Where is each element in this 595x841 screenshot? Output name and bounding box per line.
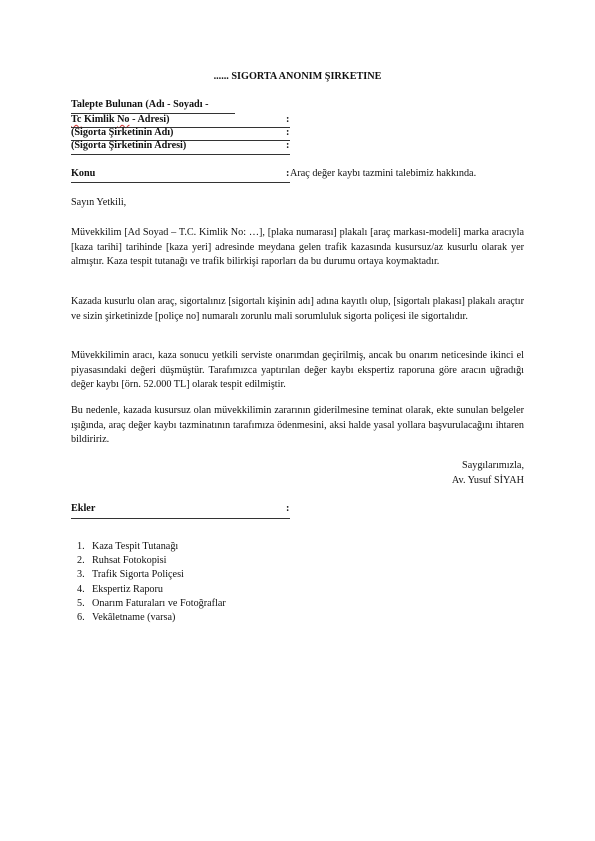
paragraph-4: Bu nedenle, kazada kusursuz olan müvekki… (71, 404, 524, 448)
divider (71, 154, 290, 155)
list-item: 2.Ruhsat Fotokopisi (77, 554, 226, 568)
list-item: 4.Ekspertiz Raporu (77, 583, 226, 597)
subject-value: Araç değer kaybı tazmini talebimiz hakkı… (290, 168, 476, 180)
subject-label: Konu (71, 168, 95, 180)
insurer-address-label: (Sigorta Şirketinin Adresi) (71, 140, 186, 152)
separator-colon: : (286, 168, 289, 180)
spellcheck-word: Tc (71, 114, 81, 125)
spellcheck-word: No (117, 114, 129, 125)
insurer-name-label: (Sigorta Şirketinin Adı) (71, 127, 173, 139)
requester-label-line1: Talepte Bulunan (Adı - Soyadı - (71, 99, 208, 111)
list-item: 1.Kaza Tespit Tutanağı (77, 540, 226, 554)
separator-colon: : (286, 503, 289, 515)
list-item: 6.Vekâletname (varsa) (77, 611, 226, 625)
paragraph-2: Kazada kusurlu olan araç, sigortalınız [… (71, 295, 524, 324)
list-item: 3.Trafik Sigorta Poliçesi (77, 568, 226, 582)
separator-colon: : (286, 114, 289, 126)
attachments-list: 1.Kaza Tespit Tutanağı 2.Ruhsat Fotokopi… (77, 540, 226, 625)
paragraph-1: Müvekkilim [Ad Soyad – T.C. Kimlik No: …… (71, 226, 524, 270)
divider (71, 518, 290, 519)
attachments-label: Ekler (71, 503, 95, 515)
paragraph-3: Müvekkilimin aracı, kaza sonucu yetkili … (71, 349, 524, 393)
separator-colon: : (286, 140, 289, 152)
list-item: 5.Onarım Faturaları ve Fotoğraflar (77, 597, 226, 611)
signer-name: Av. Yusuf SİYAH (452, 474, 524, 489)
salutation: Sayın Yetkili, (71, 196, 524, 211)
separator-colon: : (286, 127, 289, 139)
closing: Saygılarımızla, (462, 459, 524, 474)
divider (71, 182, 290, 183)
document-title: ...... SIGORTA ANONIM ŞIRKETINE (71, 71, 524, 82)
